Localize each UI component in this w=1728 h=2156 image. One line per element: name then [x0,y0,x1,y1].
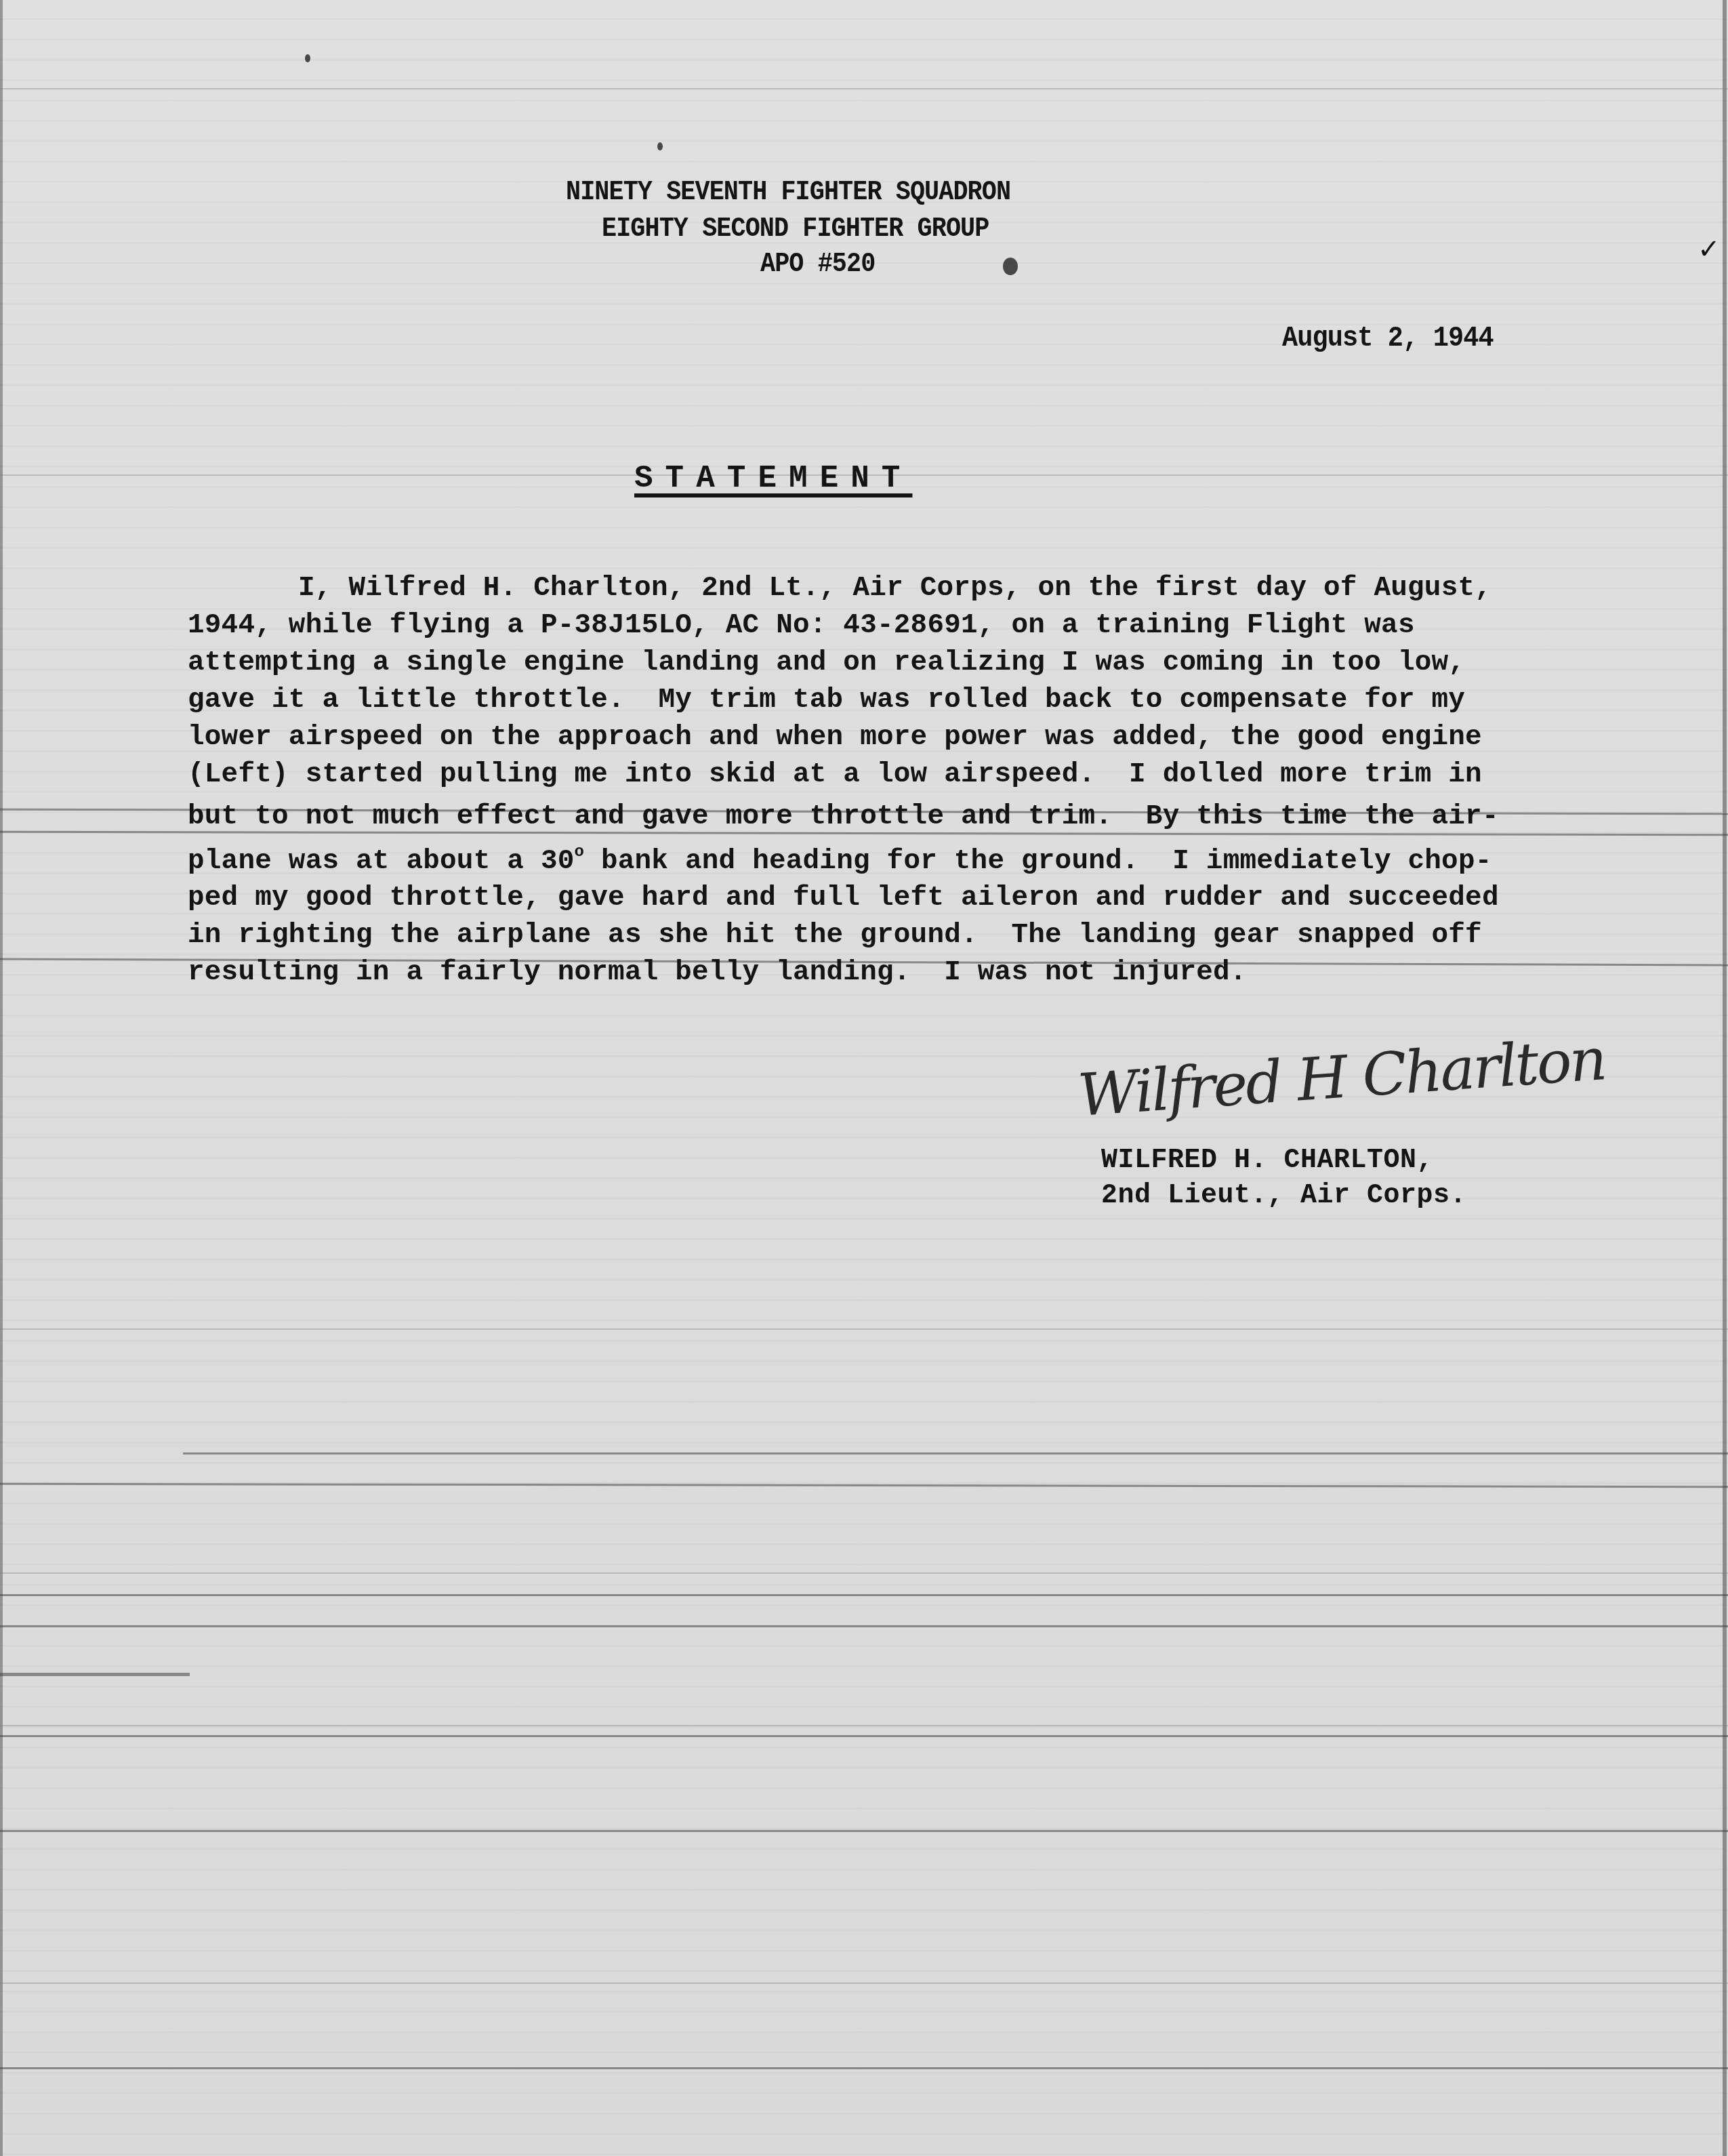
scratch-line [0,1830,1728,1832]
header-squadron: NINETY SEVENTH FIGHTER SQUADRON [566,178,1010,208]
scratch-line [183,1452,1728,1455]
scratch-line [0,1725,1728,1726]
body-line-8-start: plane was at about a 30 [188,846,575,877]
body-line-9: ped my good throttle, gave hard and full… [188,882,1499,914]
body-line-2: 1944, while flying a P-38J15LO, AC No: 4… [188,610,1415,641]
body-line-10: in righting the airplane as she hit the … [188,920,1482,951]
header-apo: APO #520 [760,249,875,280]
signatory-name: WILFRED H. CHARLTON, [1101,1145,1433,1176]
body-line-1: I, Wilfred H. Charlton, 2nd Lt., Air Cor… [298,573,1492,604]
header-group: EIGHTY SECOND FIGHTER GROUP [602,214,989,245]
document-date: August 2, 1944 [1282,322,1494,354]
scratch-line [0,2067,1728,2069]
ink-speck [657,142,663,150]
scratch-line [0,1328,1728,1330]
degree-symbol: o [575,843,585,861]
scratch-line [0,1625,1728,1627]
body-line-5: lower airspeed on the approach and when … [188,722,1482,753]
ink-speck [305,54,310,62]
ink-blot [1003,258,1018,275]
scratch-line [0,1572,1728,1574]
body-line-8-end: bank and heading for the ground. I immed… [584,846,1492,877]
scratch-line [0,1673,190,1676]
scratch-line [0,88,1728,89]
film-edge-right [1723,0,1727,2156]
scratch-line [0,1982,1728,1984]
body-line-6: (Left) started pulling me into skid at a… [188,759,1482,790]
document-title: STATEMENT [634,461,912,496]
scratch-line [0,1594,1728,1596]
check-mark-icon: ✓ [1698,234,1721,265]
scratch-line [0,1735,1728,1737]
body-line-11: resulting in a fairly normal belly landi… [188,957,1247,988]
film-edge-left [0,0,3,2156]
body-line-3: attempting a single engine landing and o… [188,647,1465,678]
body-line-8: plane was at about a 30o bank and headin… [188,843,1492,877]
body-line-7: but to not much effect and gave more thr… [188,801,1499,832]
body-line-4: gave it a little throttle. My trim tab w… [188,685,1465,716]
signatory-rank: 2nd Lieut., Air Corps. [1101,1181,1466,1211]
